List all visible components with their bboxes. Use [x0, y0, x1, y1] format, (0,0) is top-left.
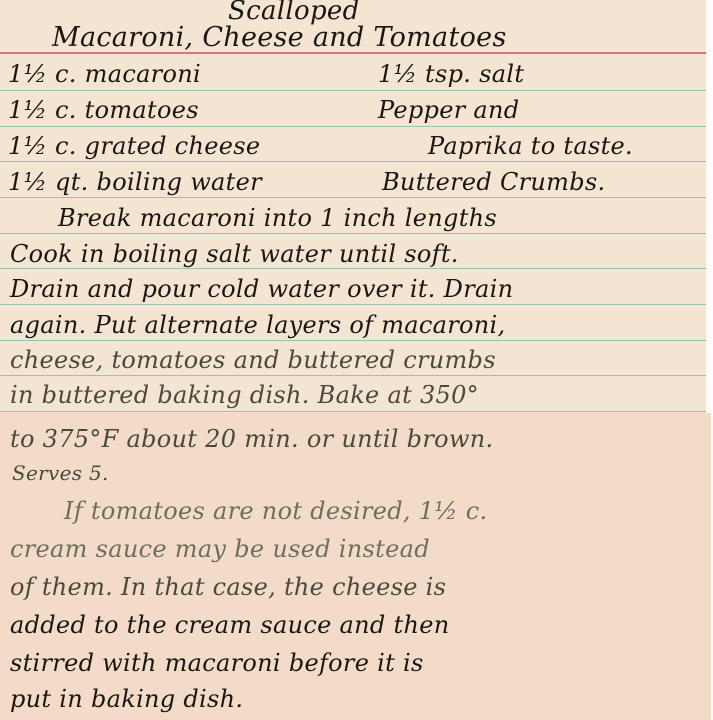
ruled-line: [0, 268, 706, 269]
note-line: put in baking dish.: [10, 685, 243, 713]
ingredient: Buttered Crumbs.: [382, 168, 605, 196]
note-line: If tomatoes are not desired, 1½ c.: [64, 497, 487, 525]
ingredient: Paprika to taste.: [428, 132, 633, 160]
recipe-card-lower: to 375°F about 20 min. or until brown. S…: [0, 413, 711, 720]
instruction-line: in buttered baking dish. Bake at 350°: [10, 381, 479, 409]
ruled-line: [0, 411, 706, 412]
note-line: cream sauce may be used instead: [10, 535, 430, 563]
ruled-line: [0, 126, 706, 127]
ingredient: 1½ c. macaroni: [8, 60, 201, 88]
instruction-line: Drain and pour cold water over it. Drain: [10, 275, 513, 303]
instruction-line: Cook in boiling salt water until soft.: [10, 240, 459, 268]
recipe-title: Macaroni, Cheese and Tomatoes: [52, 22, 507, 53]
ingredient: 1½ qt. boiling water: [8, 168, 262, 196]
note-line: stirred with macaroni before it is: [10, 649, 424, 677]
ingredient: 1½ c. tomatoes: [8, 96, 199, 124]
instruction-line: Break macaroni into 1 inch lengths: [58, 204, 497, 232]
recipe-card-upper: Scalloped Macaroni, Cheese and Tomatoes …: [0, 0, 706, 413]
ruled-line: [0, 90, 706, 91]
serves-text: Serves 5.: [12, 461, 109, 485]
ruled-line: [0, 340, 706, 341]
ingredient: Pepper and: [378, 96, 519, 124]
ruled-line: [0, 197, 706, 198]
instruction-line: to 375°F about 20 min. or until brown.: [10, 425, 493, 453]
ruled-line: [0, 233, 706, 234]
instruction-line: again. Put alternate layers of macaroni,: [10, 311, 505, 339]
ruled-line: [0, 375, 706, 376]
ingredient: 1½ tsp. salt: [378, 60, 524, 88]
ingredient: 1½ c. grated cheese: [8, 132, 260, 160]
note-line: added to the cream sauce and then: [10, 611, 449, 639]
ruled-line: [0, 304, 706, 305]
note-line: of them. In that case, the cheese is: [10, 573, 446, 601]
instruction-line: cheese, tomatoes and buttered crumbs: [10, 346, 496, 374]
ruled-line: [0, 161, 706, 162]
